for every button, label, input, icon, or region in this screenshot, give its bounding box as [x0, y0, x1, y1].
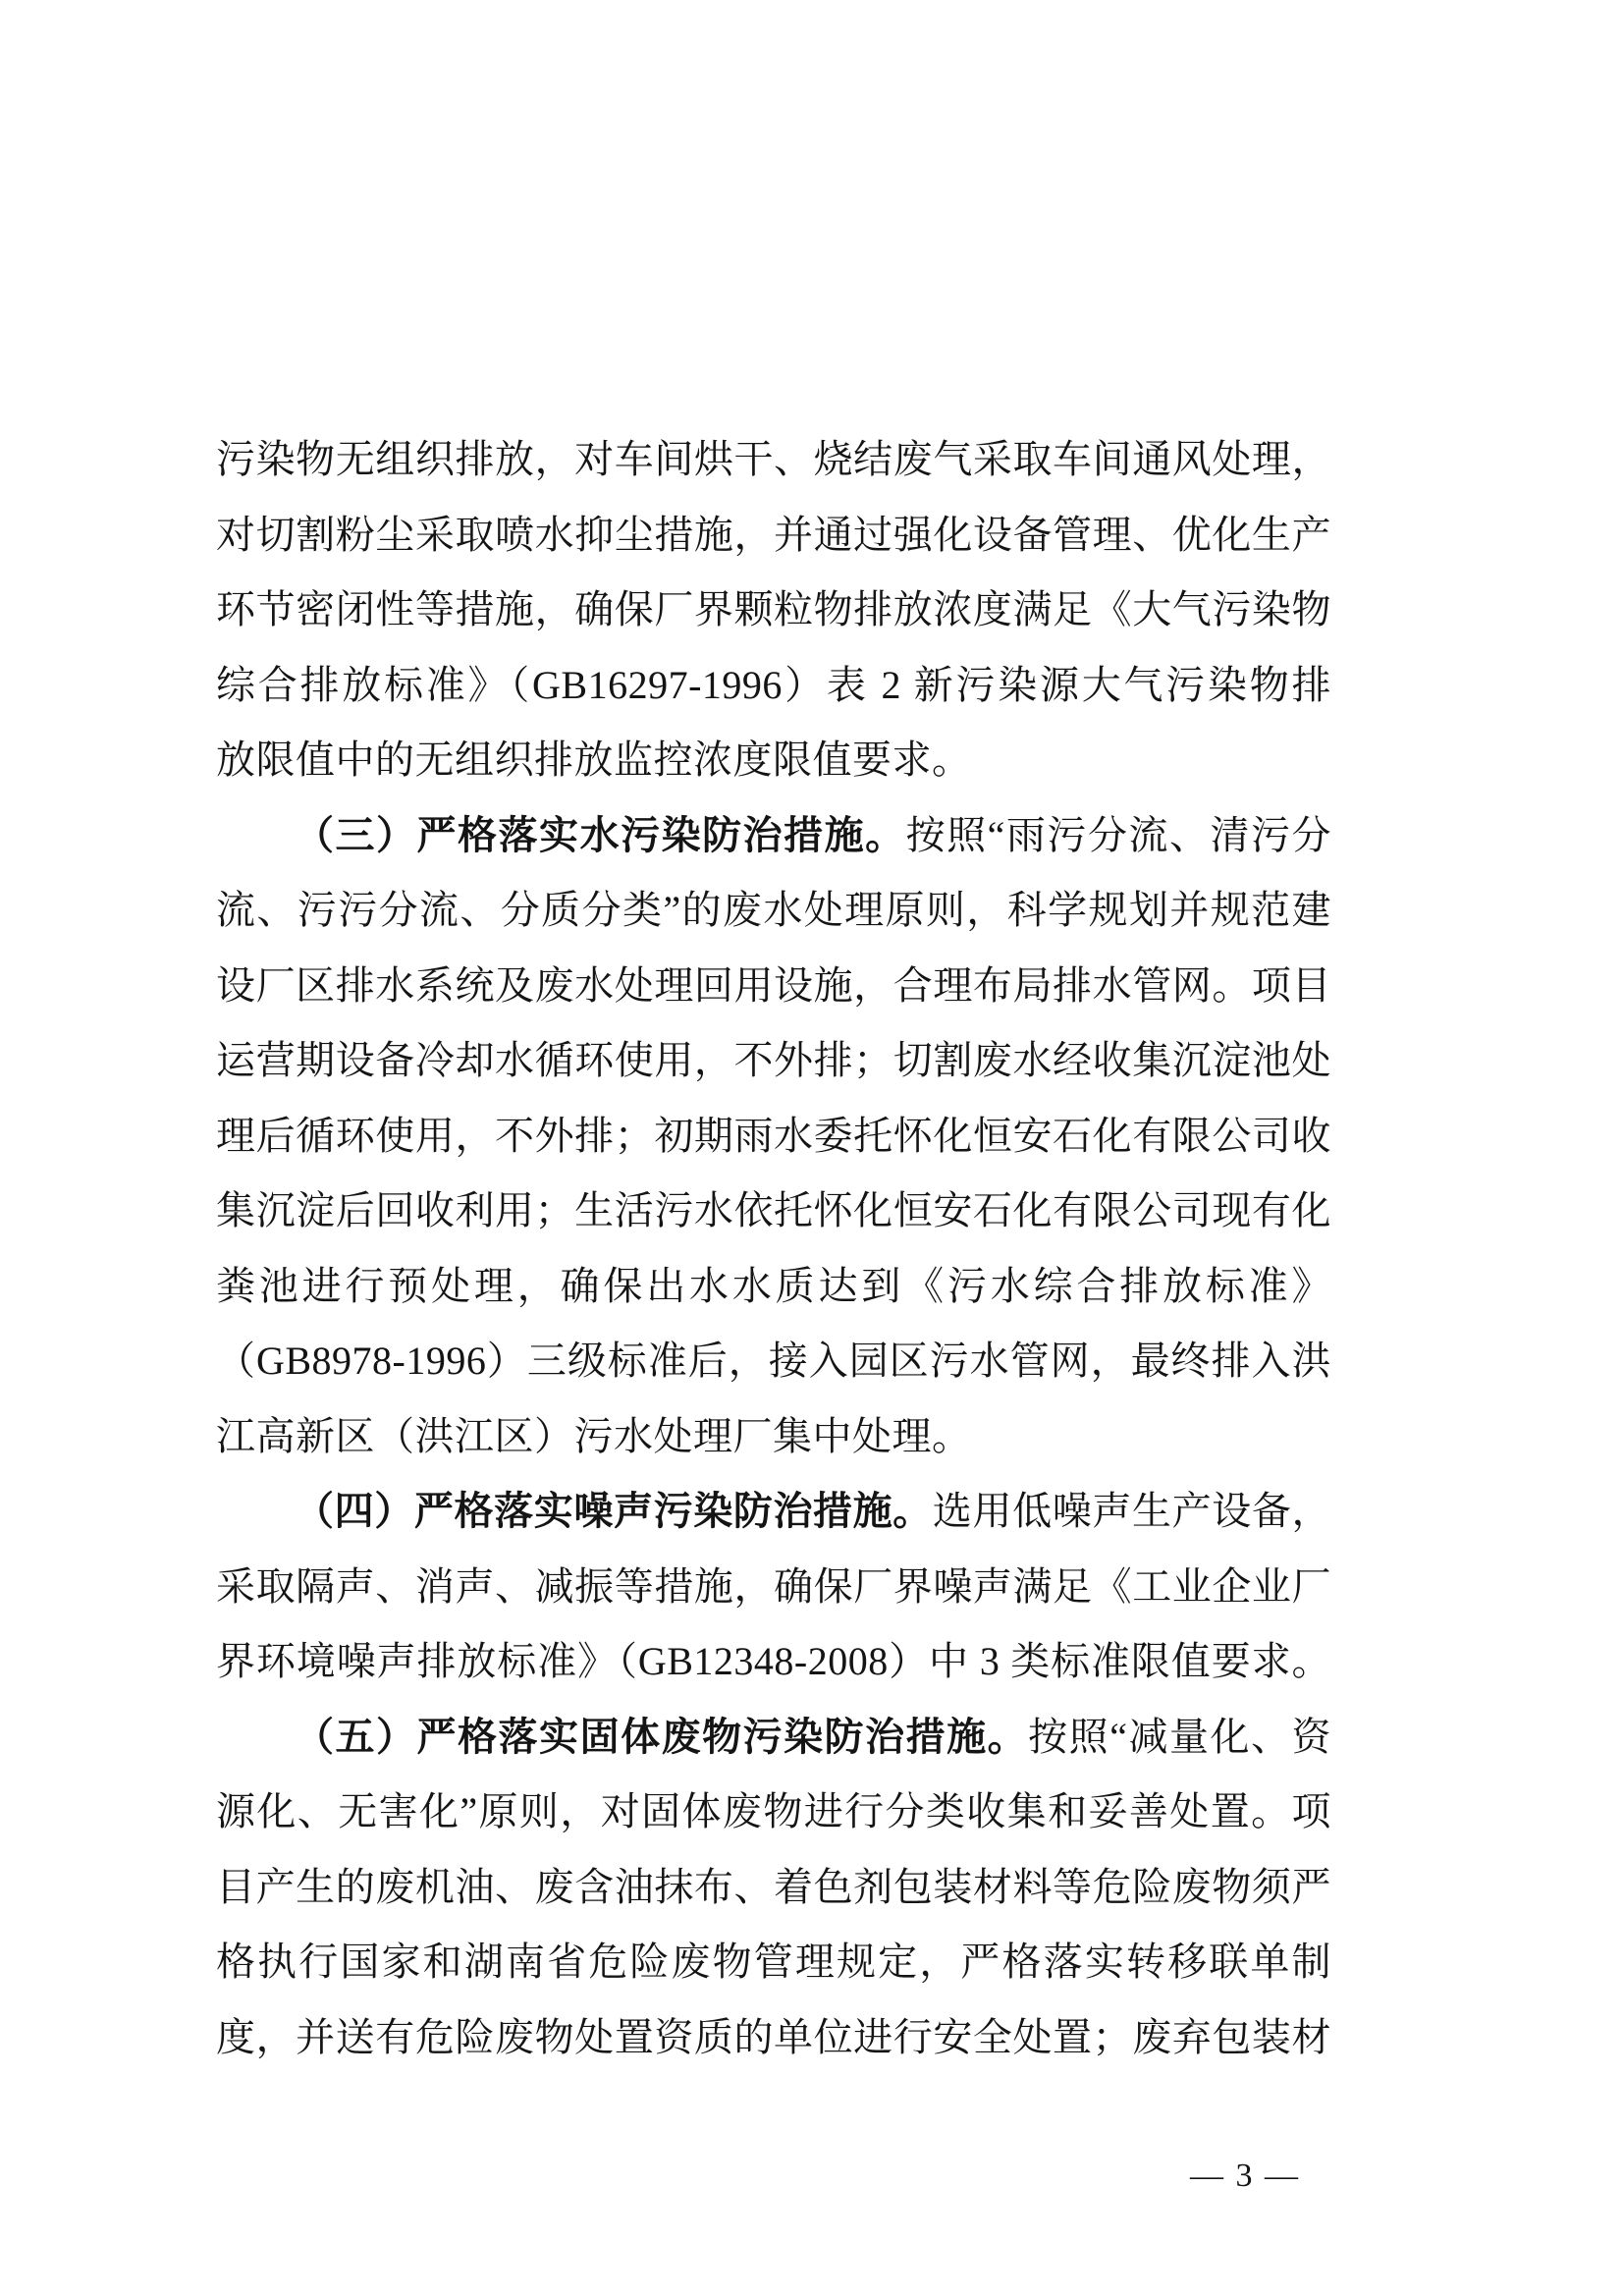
text-segment: 按照“雨污分流、清污分	[906, 813, 1331, 857]
text-line: 综合排放标准》（GB16297-1996）表 2 新污染源大气污染物排	[216, 648, 1331, 724]
page-number: — 3 —	[1190, 2159, 1300, 2194]
text-line: 集沉淀后回收利用；生活污水依托怀化恒安石化有限公司现有化	[216, 1174, 1331, 1249]
text-segment: 江高新区（洪江区）污水处理厂集中处理。	[216, 1414, 972, 1458]
text-line: 江高新区（洪江区）污水处理厂集中处理。	[216, 1399, 1331, 1475]
text-line: 放限值中的无组织排放监控浓度限值要求。	[216, 723, 1331, 798]
text-line: 污染物无组织排放，对车间烘干、烧结废气采取车间通风处理，	[216, 422, 1331, 498]
document-page: 污染物无组织排放，对车间烘干、烧结废气采取车间通风处理，对切割粉尘采取喷水抑尘措…	[0, 0, 1622, 2296]
text-line: 度，并送有危险废物处置资质的单位进行安全处置；废弃包装材	[216, 2000, 1331, 2076]
text-line: （GB8978-1996）三级标准后，接入园区污水管网，最终排入洪	[216, 1324, 1331, 1399]
section-heading-segment: （五）严格落实固体废物污染防治措施。	[295, 1715, 1028, 1759]
text-segment: 集沉淀后回收利用；生活污水依托怀化恒安石化有限公司现有化	[216, 1188, 1331, 1232]
text-segment: （GB8978-1996）三级标准后，接入园区污水管网，最终排入洪	[216, 1339, 1331, 1383]
text-segment: 放限值中的无组织排放监控浓度限值要求。	[216, 738, 972, 782]
text-segment: 格执行国家和湖南省危险废物管理规定，严格落实转移联单制	[216, 1940, 1331, 1984]
text-line: 运营期设备冷却水循环使用，不外排；切割废水经收集沉淀池处	[216, 1023, 1331, 1099]
text-segment: 设厂区排水系统及废水处理回用设施，合理布局排水管网。项目	[216, 963, 1331, 1008]
text-line: 采取隔声、消声、减振等措施，确保厂界噪声满足《工业企业厂	[216, 1550, 1331, 1625]
text-segment: 对切割粉尘采取喷水抑尘措施，并通过强化设备管理、优化生产	[216, 513, 1331, 557]
text-line: 流、污污分流、分质分类”的废水处理原则，科学规划并规范建	[216, 873, 1331, 949]
text-segment: 粪池进行预处理，确保出水水质达到《污水综合排放标准》	[216, 1264, 1331, 1308]
text-segment: 目产生的废机油、废含油抹布、着色剂包装材料等危险废物须严	[216, 1865, 1331, 1909]
text-segment: 流、污污分流、分质分类”的废水处理原则，科学规划并规范建	[216, 888, 1331, 932]
text-segment: 采取隔声、消声、减振等措施，确保厂界噪声满足《工业企业厂	[216, 1564, 1331, 1609]
text-line: （四）严格落实噪声污染防治措施。选用低噪声生产设备，	[216, 1474, 1331, 1550]
text-segment: 综合排放标准》（GB16297-1996）表 2 新污染源大气污染物排	[216, 663, 1331, 707]
text-line: 设厂区排水系统及废水处理回用设施，合理布局排水管网。项目	[216, 949, 1331, 1024]
text-segment: 环节密闭性等措施，确保厂界颗粒物排放浓度满足《大气污染物	[216, 587, 1331, 631]
text-line: 理后循环使用，不外排；初期雨水委托怀化恒安石化有限公司收	[216, 1099, 1331, 1175]
text-line: 环节密闭性等措施，确保厂界颗粒物排放浓度满足《大气污染物	[216, 573, 1331, 648]
text-segment: 运营期设备冷却水循环使用，不外排；切割废水经收集沉淀池处	[216, 1038, 1331, 1082]
text-segment: 选用低噪声生产设备，	[933, 1489, 1331, 1533]
text-segment: 按照“减量化、资	[1028, 1715, 1331, 1759]
section-heading-segment: （三）严格落实水污染防治措施。	[295, 813, 906, 857]
section-heading-segment: （四）严格落实噪声污染防治措施。	[295, 1489, 933, 1533]
text-segment: 度，并送有危险废物处置资质的单位进行安全处置；废弃包装材	[216, 2015, 1331, 2059]
text-line: 粪池进行预处理，确保出水水质达到《污水综合排放标准》	[216, 1249, 1331, 1325]
text-line: 对切割粉尘采取喷水抑尘措施，并通过强化设备管理、优化生产	[216, 498, 1331, 574]
text-line: 目产生的废机油、废含油抹布、着色剂包装材料等危险废物须严	[216, 1850, 1331, 1926]
text-line: 源化、无害化”原则，对固体废物进行分类收集和妥善处置。项	[216, 1775, 1331, 1850]
text-segment: 理后循环使用，不外排；初期雨水委托怀化恒安石化有限公司收	[216, 1114, 1331, 1158]
document-body: 污染物无组织排放，对车间烘干、烧结废气采取车间通风处理，对切割粉尘采取喷水抑尘措…	[216, 422, 1331, 2075]
text-segment: 污染物无组织排放，对车间烘干、烧结废气采取车间通风处理，	[216, 437, 1331, 481]
text-segment: 界环境噪声排放标准》（GB12348-2008）中 3 类标准限值要求。	[216, 1639, 1331, 1683]
text-line: 界环境噪声排放标准》（GB12348-2008）中 3 类标准限值要求。	[216, 1624, 1331, 1700]
text-line: （三）严格落实水污染防治措施。按照“雨污分流、清污分	[216, 798, 1331, 874]
text-segment: 源化、无害化”原则，对固体废物进行分类收集和妥善处置。项	[216, 1789, 1331, 1833]
text-line: （五）严格落实固体废物污染防治措施。按照“减量化、资	[216, 1700, 1331, 1776]
text-line: 格执行国家和湖南省危险废物管理规定，严格落实转移联单制	[216, 1925, 1331, 2000]
